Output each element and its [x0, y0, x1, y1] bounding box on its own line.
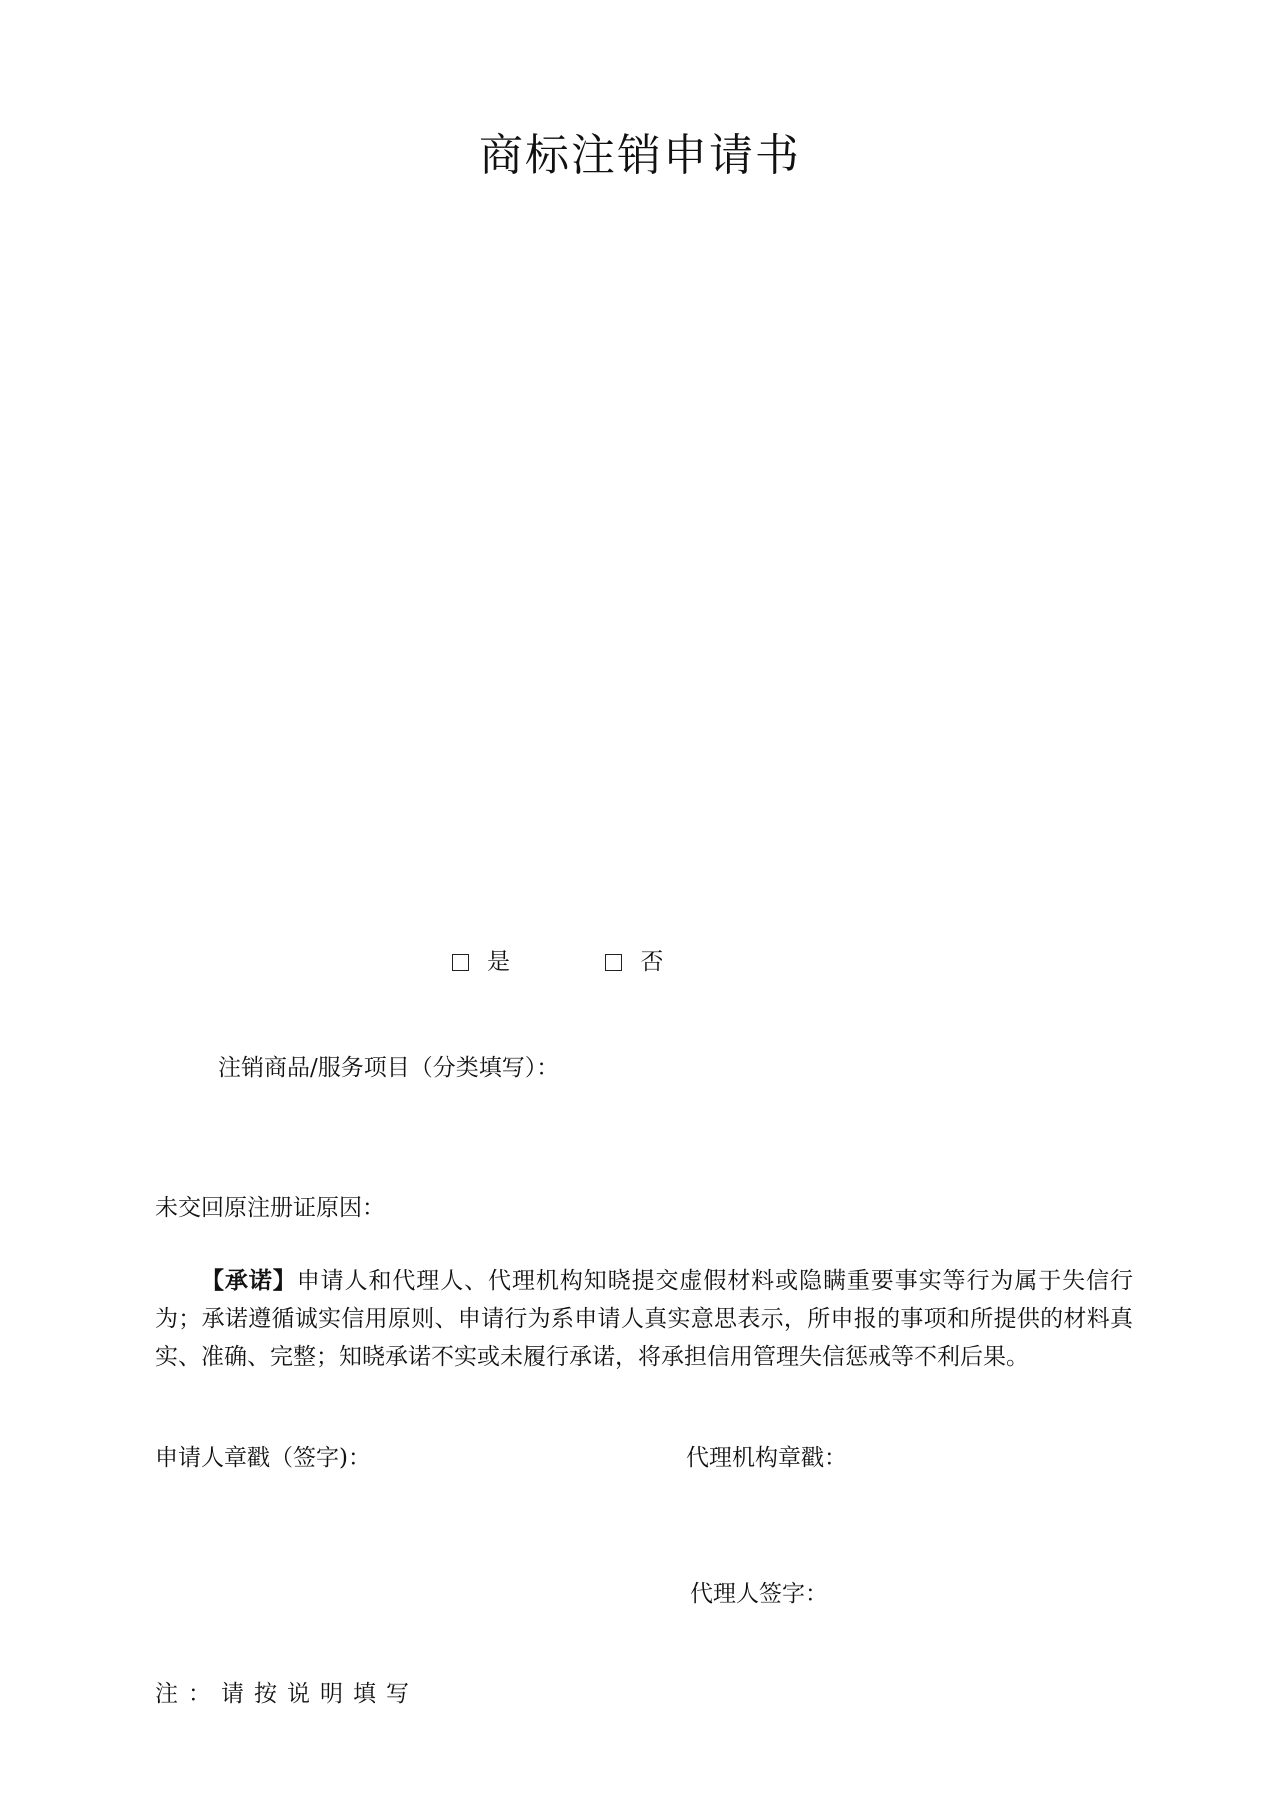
postal-code-input[interactable]: [405, 522, 1105, 558]
option-label: 是: [487, 944, 510, 980]
document-title: 商标注销申请书: [0, 126, 1280, 186]
checkbox-icon[interactable]: [452, 954, 469, 971]
fill-instructions-note: 注：请按说明填写: [155, 1676, 419, 1712]
cancelled-items-label: 注销商品/服务项目（分类填写）：: [218, 1050, 559, 1086]
domestic-postal-code-input[interactable]: [405, 628, 1105, 664]
category-input[interactable]: [405, 996, 1105, 1032]
unreturned-reason-input[interactable]: [400, 1190, 1100, 1226]
pledge-lead: 【承诺】: [201, 1267, 297, 1294]
agent-signature-label: 代理人签字：: [690, 1576, 828, 1612]
registration-number-input[interactable]: [405, 892, 1105, 928]
domestic-contact-address-input[interactable]: [405, 576, 1105, 612]
cancelled-items-input[interactable]: [218, 1090, 1118, 1170]
shared-trademark-options: 是 否: [452, 944, 751, 982]
applicant-address-cn-input[interactable]: [405, 418, 1105, 454]
applicant-seal-label: 申请人章戳（签字)：: [155, 1440, 371, 1476]
applicant-name-en-input[interactable]: [405, 312, 1105, 348]
pledge-paragraph: 【承诺】申请人和代理人、代理机构知晓提交虚假材料或隐瞒重要事实等行为属于失信行为…: [155, 1262, 1133, 1376]
applicant-name-cn-input[interactable]: [405, 260, 1105, 296]
checkbox-icon[interactable]: [605, 954, 622, 971]
unreturned-reason-label: 未交回原注册证原因：: [155, 1190, 385, 1226]
agency-name-input[interactable]: [405, 838, 1105, 874]
applicant-address-en-input[interactable]: [405, 470, 1105, 506]
phone-input[interactable]: [405, 786, 1105, 822]
document-page: 商标注销申请书 申请人名称(中文)： (英文)： 统一社会信用代码： 申请人地址…: [0, 0, 1280, 1810]
option-yes[interactable]: 是: [452, 944, 510, 980]
pledge-text: 申请人和代理人、代理机构知晓提交虚假材料或隐瞒重要事实等行为属于失信行为；承诺遵…: [155, 1268, 1133, 1370]
credit-code-input[interactable]: [405, 364, 1105, 400]
agency-seal-label: 代理机构章戳：: [686, 1440, 847, 1476]
domestic-email-input[interactable]: [405, 680, 1105, 716]
contact-person-input[interactable]: [405, 734, 1105, 770]
option-no[interactable]: 否: [605, 944, 663, 980]
option-label: 否: [640, 944, 663, 980]
